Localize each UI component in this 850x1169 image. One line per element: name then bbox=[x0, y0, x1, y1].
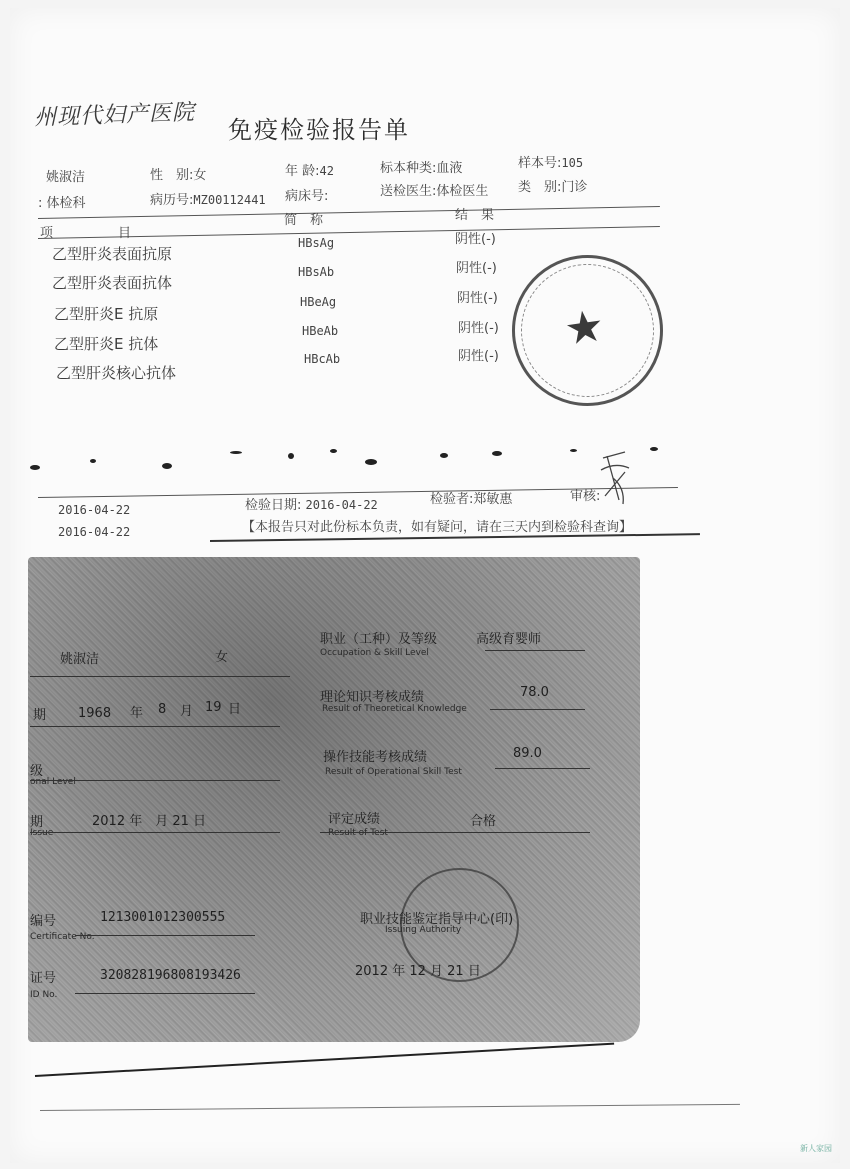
test-date-label: 检验日期: bbox=[245, 498, 301, 513]
cert-issue-date: 2012 年 月 21 日 bbox=[92, 810, 206, 829]
patient-name: 姚淑洁 bbox=[46, 166, 85, 185]
hospital-name: 州现代妇产医院 bbox=[34, 95, 196, 132]
cert-gender: 女 bbox=[215, 646, 228, 665]
signature-mark bbox=[595, 448, 635, 508]
id-no-value: 320828196808193426 bbox=[100, 968, 241, 983]
watermark: 新人家园 bbox=[800, 1143, 832, 1154]
gender-field: 性 别:女 bbox=[150, 164, 206, 183]
header-item: 项 目 bbox=[40, 222, 131, 241]
specimen-type-value: 血液 bbox=[436, 161, 462, 176]
category-label: 类 别: bbox=[518, 180, 561, 195]
assessment-label: 评定成绩 bbox=[328, 808, 380, 827]
sample-no-value: 105 bbox=[561, 156, 583, 170]
row-abbr: HBcAb bbox=[304, 352, 340, 366]
age-value: 42 bbox=[320, 164, 334, 178]
row-result: 阴性(-) bbox=[458, 317, 499, 336]
record-no-label: 病历号: bbox=[150, 193, 193, 208]
specimen-type-field: 标本种类:血液 bbox=[380, 157, 462, 176]
sample-no-label: 样本号: bbox=[518, 156, 561, 171]
theory-score: 78.0 bbox=[520, 685, 549, 700]
report-title: 免疫检验报告单 bbox=[228, 110, 410, 145]
row-item-name: 乙型肝炎E 抗原 bbox=[54, 303, 158, 324]
row-item-name: 乙型肝炎E 抗体 bbox=[54, 333, 158, 354]
skill-label: 操作技能考核成绩 bbox=[323, 746, 427, 765]
category-field: 类 别:门诊 bbox=[518, 176, 587, 195]
id-no-label: 证号 bbox=[30, 967, 56, 986]
tester-field: 检验者:郑敏惠 bbox=[430, 488, 512, 507]
occupation-value: 高级育婴师 bbox=[476, 628, 541, 647]
star-icon: ★ bbox=[561, 300, 607, 356]
row-result: 阴性(-) bbox=[458, 345, 499, 364]
row-result: 阴性(-) bbox=[455, 228, 496, 247]
bed-no-field: 病床号: bbox=[285, 185, 328, 204]
cert-birth-label: 期 bbox=[33, 704, 46, 723]
department: : 体检科 bbox=[38, 192, 86, 211]
doctor-field: 送检医生:体检医生 bbox=[380, 180, 488, 199]
header-result: 结 果 bbox=[455, 204, 494, 223]
row-result: 阴性(-) bbox=[456, 257, 497, 276]
report-date-2: 2016-04-22 bbox=[58, 525, 130, 539]
cert-no-value: 1213001012300555 bbox=[100, 910, 225, 925]
cert-birth-month: 8 bbox=[158, 702, 166, 717]
sample-no-field: 样本号:105 bbox=[518, 152, 583, 171]
cert-birth-year: 1968 bbox=[78, 706, 111, 721]
tester-value: 郑敏惠 bbox=[473, 492, 512, 507]
category-value: 门诊 bbox=[561, 180, 587, 195]
age-label: 年 龄: bbox=[285, 164, 320, 179]
test-date-value: 2016-04-22 bbox=[306, 498, 378, 512]
row-item-name: 乙型肝炎表面抗原 bbox=[52, 243, 172, 264]
row-result: 阴性(-) bbox=[457, 287, 498, 306]
cert-birth-day: 19 bbox=[205, 700, 222, 715]
row-abbr: HBeAb bbox=[302, 324, 338, 338]
row-abbr: HBeAg bbox=[300, 295, 336, 309]
cert-no-label: 编号 bbox=[30, 910, 56, 929]
skill-score: 89.0 bbox=[513, 746, 542, 761]
row-item-name: 乙型肝炎表面抗体 bbox=[52, 272, 172, 293]
report-date-1: 2016-04-22 bbox=[58, 503, 130, 517]
doctor-value: 体检医生 bbox=[436, 184, 488, 199]
theory-label: 理论知识考核成绩 bbox=[320, 686, 424, 705]
record-no-value: MZ00112441 bbox=[193, 193, 265, 207]
authority-date: 2012 年 12 月 21 日 bbox=[355, 960, 481, 979]
bed-no-label: 病床号: bbox=[285, 189, 328, 204]
gender-label: 性 别: bbox=[150, 168, 193, 183]
occupation-label: 职业（工种）及等级 bbox=[320, 628, 437, 647]
cert-name: 姚淑洁 bbox=[60, 648, 99, 667]
age-field: 年 龄:42 bbox=[285, 160, 334, 179]
specimen-type-label: 标本种类: bbox=[380, 161, 436, 176]
row-abbr: HBsAb bbox=[298, 265, 334, 279]
disclaimer: 【本报告只对此份标本负责，如有疑问，请在三天内到检验科查询】 bbox=[242, 516, 632, 535]
test-date-field: 检验日期: 2016-04-22 bbox=[245, 494, 378, 513]
gender-value: 女 bbox=[193, 168, 206, 183]
tester-label: 检验者: bbox=[430, 492, 473, 507]
doctor-label: 送检医生: bbox=[380, 184, 436, 199]
toner-specks bbox=[30, 445, 670, 475]
header-abbr: 简 称 bbox=[284, 209, 323, 228]
row-abbr: HBsAg bbox=[298, 236, 334, 250]
record-no-field: 病历号:MZ00112441 bbox=[150, 189, 266, 208]
row-item-name: 乙型肝炎核心抗体 bbox=[56, 362, 176, 383]
assessment-value: 合格 bbox=[470, 810, 496, 829]
